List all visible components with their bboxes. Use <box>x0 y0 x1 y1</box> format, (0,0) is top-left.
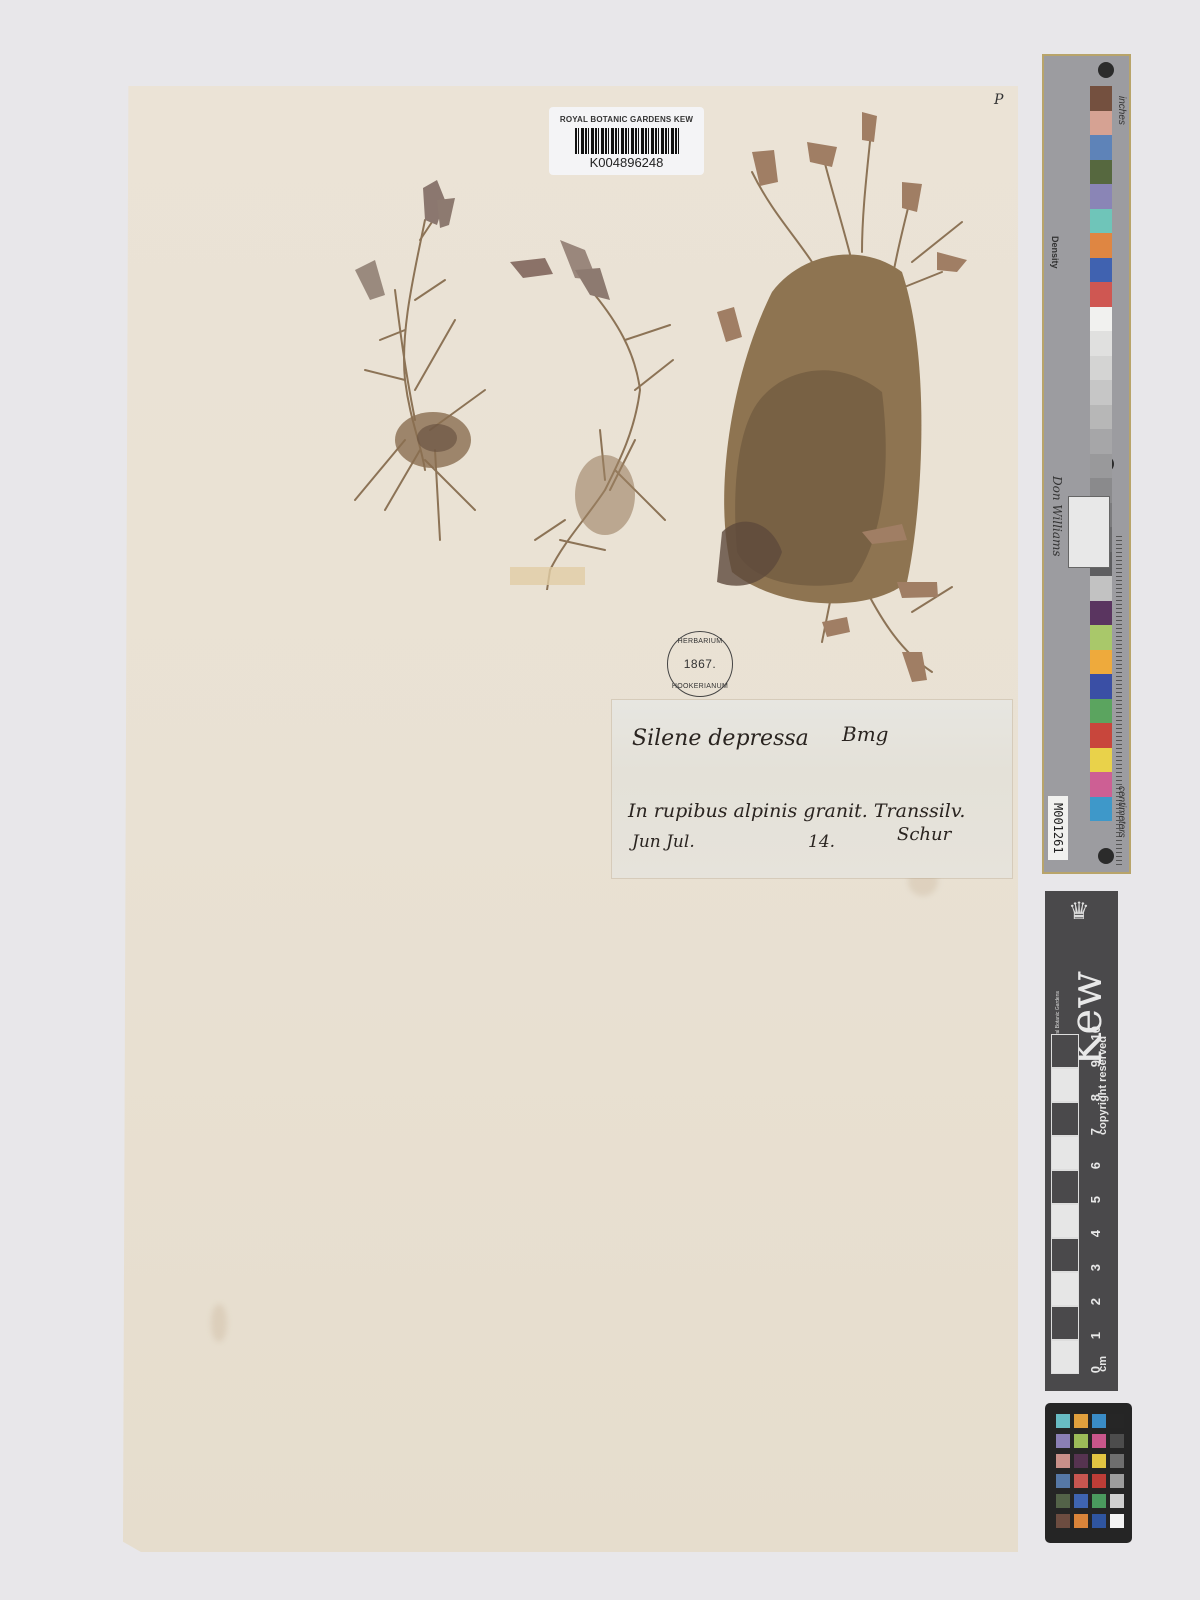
color-chip <box>1110 1514 1124 1528</box>
locality-text: In rupibus alpinis granit. Transsilv. <box>628 800 965 822</box>
resolution-target <box>1068 496 1110 568</box>
color-patch <box>1090 209 1112 234</box>
color-chip <box>1056 1474 1070 1488</box>
color-patch <box>1090 699 1112 724</box>
color-chip <box>1092 1514 1106 1528</box>
color-chip <box>1056 1514 1070 1528</box>
stamp-bottom-text: HOOKERIANUM <box>668 683 732 690</box>
paper-stain <box>211 1304 227 1342</box>
color-patch <box>1090 111 1112 136</box>
color-chip <box>1074 1474 1088 1488</box>
plant-specimen-middle <box>505 240 685 590</box>
scale-segment <box>1051 1034 1079 1068</box>
scale-segment <box>1051 1068 1079 1102</box>
inches-label: inches <box>1116 96 1127 125</box>
scale-number: 5 <box>1088 1196 1103 1203</box>
cm-label: cm <box>1097 1356 1109 1372</box>
collection-number: 14. <box>808 832 835 852</box>
scale-segment <box>1051 1136 1079 1170</box>
stamp-top-text: HERBARIUM <box>668 638 732 645</box>
color-chip <box>1092 1494 1106 1508</box>
barcode-number: K004896248 <box>590 155 664 170</box>
mounting-tape <box>510 567 585 585</box>
color-patches <box>1090 86 1112 821</box>
taxon-author: Bmg <box>842 722 888 746</box>
scale-number: 9 <box>1088 1060 1103 1067</box>
color-patch <box>1090 748 1112 773</box>
color-chip <box>1074 1514 1088 1528</box>
plant-specimen-left <box>345 180 495 550</box>
color-calibration-bar: inches Density Don Williams centimeters … <box>1042 54 1131 874</box>
color-patch <box>1090 282 1112 307</box>
color-patch <box>1090 233 1112 258</box>
color-patch <box>1090 454 1112 479</box>
scale-segment <box>1051 1204 1079 1238</box>
color-patch <box>1090 356 1112 381</box>
copyright-label: copyright reserved <box>1097 1036 1109 1135</box>
centimeters-label: centimeters <box>1116 786 1127 838</box>
color-patch <box>1090 258 1112 283</box>
scale-number: 3 <box>1088 1264 1103 1271</box>
color-patch <box>1090 405 1112 430</box>
hole-icon <box>1098 62 1114 78</box>
scale-number: 8 <box>1088 1094 1103 1101</box>
color-patch <box>1090 772 1112 797</box>
color-bar-id: M001261 <box>1048 796 1068 860</box>
taxon-name: Silene depressa <box>632 726 809 751</box>
color-patch <box>1090 86 1112 111</box>
color-chip <box>1092 1434 1106 1448</box>
barcode-icon <box>575 128 679 154</box>
color-patch <box>1090 160 1112 185</box>
color-chip <box>1074 1454 1088 1468</box>
color-patch <box>1090 184 1112 209</box>
color-patch <box>1090 723 1112 748</box>
color-patch <box>1090 380 1112 405</box>
scale-segment <box>1051 1272 1079 1306</box>
scale-number: 4 <box>1088 1230 1103 1237</box>
color-chip <box>1092 1454 1106 1468</box>
color-chip <box>1056 1434 1070 1448</box>
color-chip <box>1092 1414 1106 1428</box>
color-chip <box>1110 1474 1124 1488</box>
color-patch <box>1090 797 1112 822</box>
color-patch <box>1090 650 1112 675</box>
color-patch <box>1090 307 1112 332</box>
scale-segment <box>1051 1238 1079 1272</box>
royal-crest-icon: ♛ <box>1063 897 1095 927</box>
color-chip <box>1110 1414 1124 1428</box>
color-chip <box>1110 1434 1124 1448</box>
color-chip <box>1110 1454 1124 1468</box>
scale-number: 7 <box>1088 1128 1103 1135</box>
color-patch <box>1090 601 1112 626</box>
scale-segment <box>1051 1102 1079 1136</box>
color-patch <box>1090 674 1112 699</box>
centimeter-scale: 012345678910 <box>1051 1034 1081 1374</box>
collection-date: Jun Jul. <box>632 832 695 852</box>
color-checker-card <box>1045 1403 1132 1543</box>
color-chip <box>1092 1474 1106 1488</box>
scale-segment <box>1051 1340 1079 1374</box>
color-chip <box>1074 1494 1088 1508</box>
scale-number: 10 <box>1088 1026 1103 1040</box>
kew-scale-bar: ♛ Royal Botanic Gardens Kew copyright re… <box>1045 891 1118 1391</box>
color-chip <box>1056 1494 1070 1508</box>
density-label: Density <box>1050 236 1060 269</box>
scale-number: 1 <box>1088 1332 1103 1339</box>
color-patch <box>1090 429 1112 454</box>
collector-name: Schur <box>897 824 951 845</box>
color-chip <box>1056 1414 1070 1428</box>
color-patch <box>1090 331 1112 356</box>
color-chip <box>1074 1434 1088 1448</box>
scale-number: 6 <box>1088 1162 1103 1169</box>
scale-segment <box>1051 1170 1079 1204</box>
scale-segment <box>1051 1306 1079 1340</box>
color-patch <box>1090 135 1112 160</box>
color-chip <box>1074 1414 1088 1428</box>
herbarium-stamp: HERBARIUM 1867. HOOKERIANUM <box>667 631 733 697</box>
determination-label: Silene depressa Bmg In rupibus alpinis g… <box>612 700 1012 878</box>
color-chip <box>1110 1494 1124 1508</box>
scale-number: 2 <box>1088 1298 1103 1305</box>
plant-specimen-right <box>712 112 972 702</box>
barcode-label: ROYAL BOTANIC GARDENS KEW K004896248 <box>549 107 704 175</box>
stamp-year: 1867. <box>684 657 717 671</box>
color-patch <box>1090 576 1112 601</box>
hole-icon <box>1098 848 1114 864</box>
brand-label: Don Williams <box>1050 476 1064 557</box>
color-patch <box>1090 625 1112 650</box>
institution-name: ROYAL BOTANIC GARDENS KEW <box>560 115 693 124</box>
corner-mark: P <box>994 92 1003 108</box>
color-checker-grid <box>1056 1414 1124 1528</box>
color-chip <box>1056 1454 1070 1468</box>
